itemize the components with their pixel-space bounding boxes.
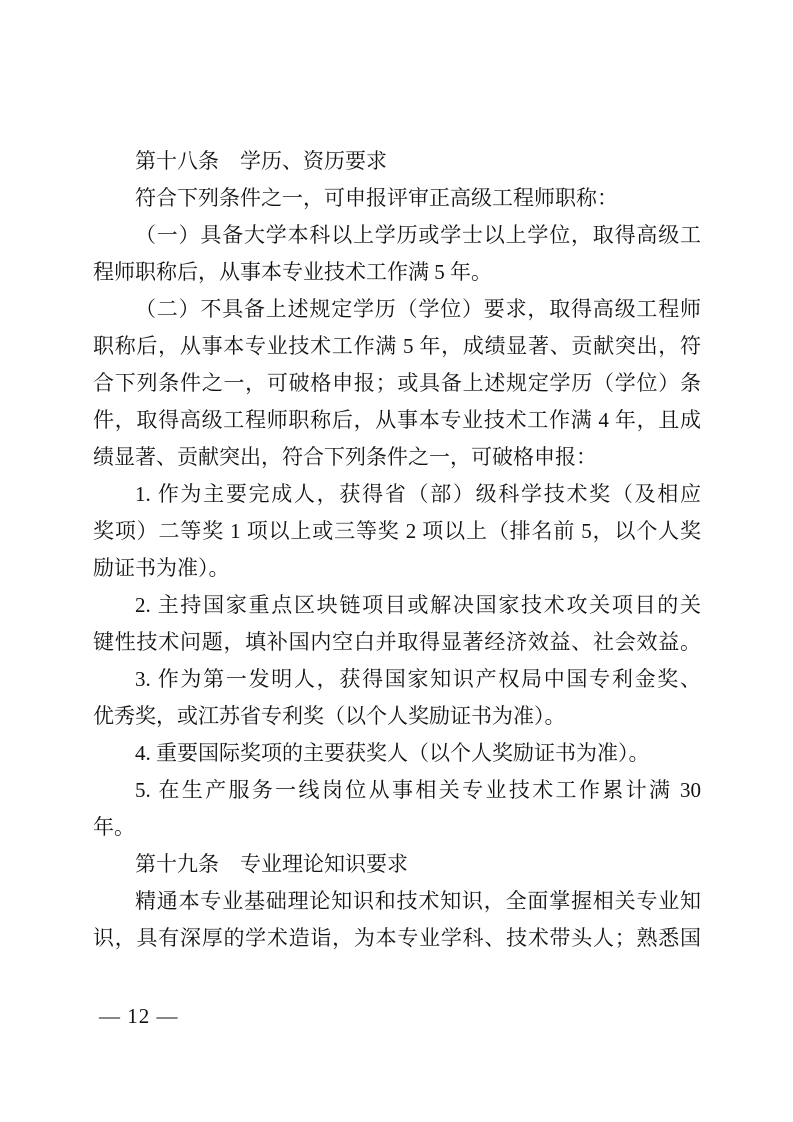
text-line: 合下列条件之一，可破格申报；或具备上述规定学历（学位）条 (93, 365, 701, 402)
article-heading: 第十九条 专业理论知识要求 (93, 846, 701, 883)
text-line: （二）不具备上述规定学历（学位）要求，取得高级工程师 (93, 291, 701, 328)
text-line: 识，具有深厚的学术造诣，为本专业学科、技术带头人；熟悉国 (93, 920, 701, 957)
text-line: 符合下列条件之一，可申报评审正高级工程师职称： (93, 180, 701, 217)
text-line: 3. 作为第一发明人，获得国家知识产权局中国专利金奖、 (93, 661, 701, 698)
text-line: 励证书为准）。 (93, 550, 701, 587)
text-line: 年。 (93, 809, 701, 846)
page-number: — 12 — (99, 1001, 179, 1031)
document-body: 第十八条 学历、资历要求符合下列条件之一，可申报评审正高级工程师职称：（一）具备… (93, 143, 701, 957)
text-line: 奖项）二等奖 1 项以上或三等奖 2 项以上（排名前 5，以个人奖 (93, 513, 701, 550)
text-line: 2. 主持国家重点区块链项目或解决国家技术攻关项目的关 (93, 587, 701, 624)
text-line: 件，取得高级工程师职称后，从事本专业技术工作满 4 年，且成 (93, 402, 701, 439)
text-line: 5. 在生产服务一线岗位从事相关专业技术工作累计满 30 (93, 772, 701, 809)
text-line: 精通本专业基础理论知识和技术知识，全面掌握相关专业知 (93, 883, 701, 920)
text-line: 绩显著、贡献突出，符合下列条件之一，可破格申报： (93, 439, 701, 476)
text-line: 4. 重要国际奖项的主要获奖人（以个人奖励证书为准）。 (93, 735, 701, 772)
text-line: 优秀奖，或江苏省专利奖（以个人奖励证书为准）。 (93, 698, 701, 735)
text-line: 程师职称后，从事本专业技术工作满 5 年。 (93, 254, 701, 291)
text-line: 职称后，从事本专业技术工作满 5 年，成绩显著、贡献突出，符 (93, 328, 701, 365)
document-page: 第十八条 学历、资历要求符合下列条件之一，可申报评审正高级工程师职称：（一）具备… (0, 0, 793, 1122)
text-line: （一）具备大学本科以上学历或学士以上学位，取得高级工 (93, 217, 701, 254)
text-line: 1. 作为主要完成人，获得省（部）级科学技术奖（及相应 (93, 476, 701, 513)
article-heading: 第十八条 学历、资历要求 (93, 143, 701, 180)
text-line: 键性技术问题，填补国内空白并取得显著经济效益、社会效益。 (93, 624, 701, 661)
